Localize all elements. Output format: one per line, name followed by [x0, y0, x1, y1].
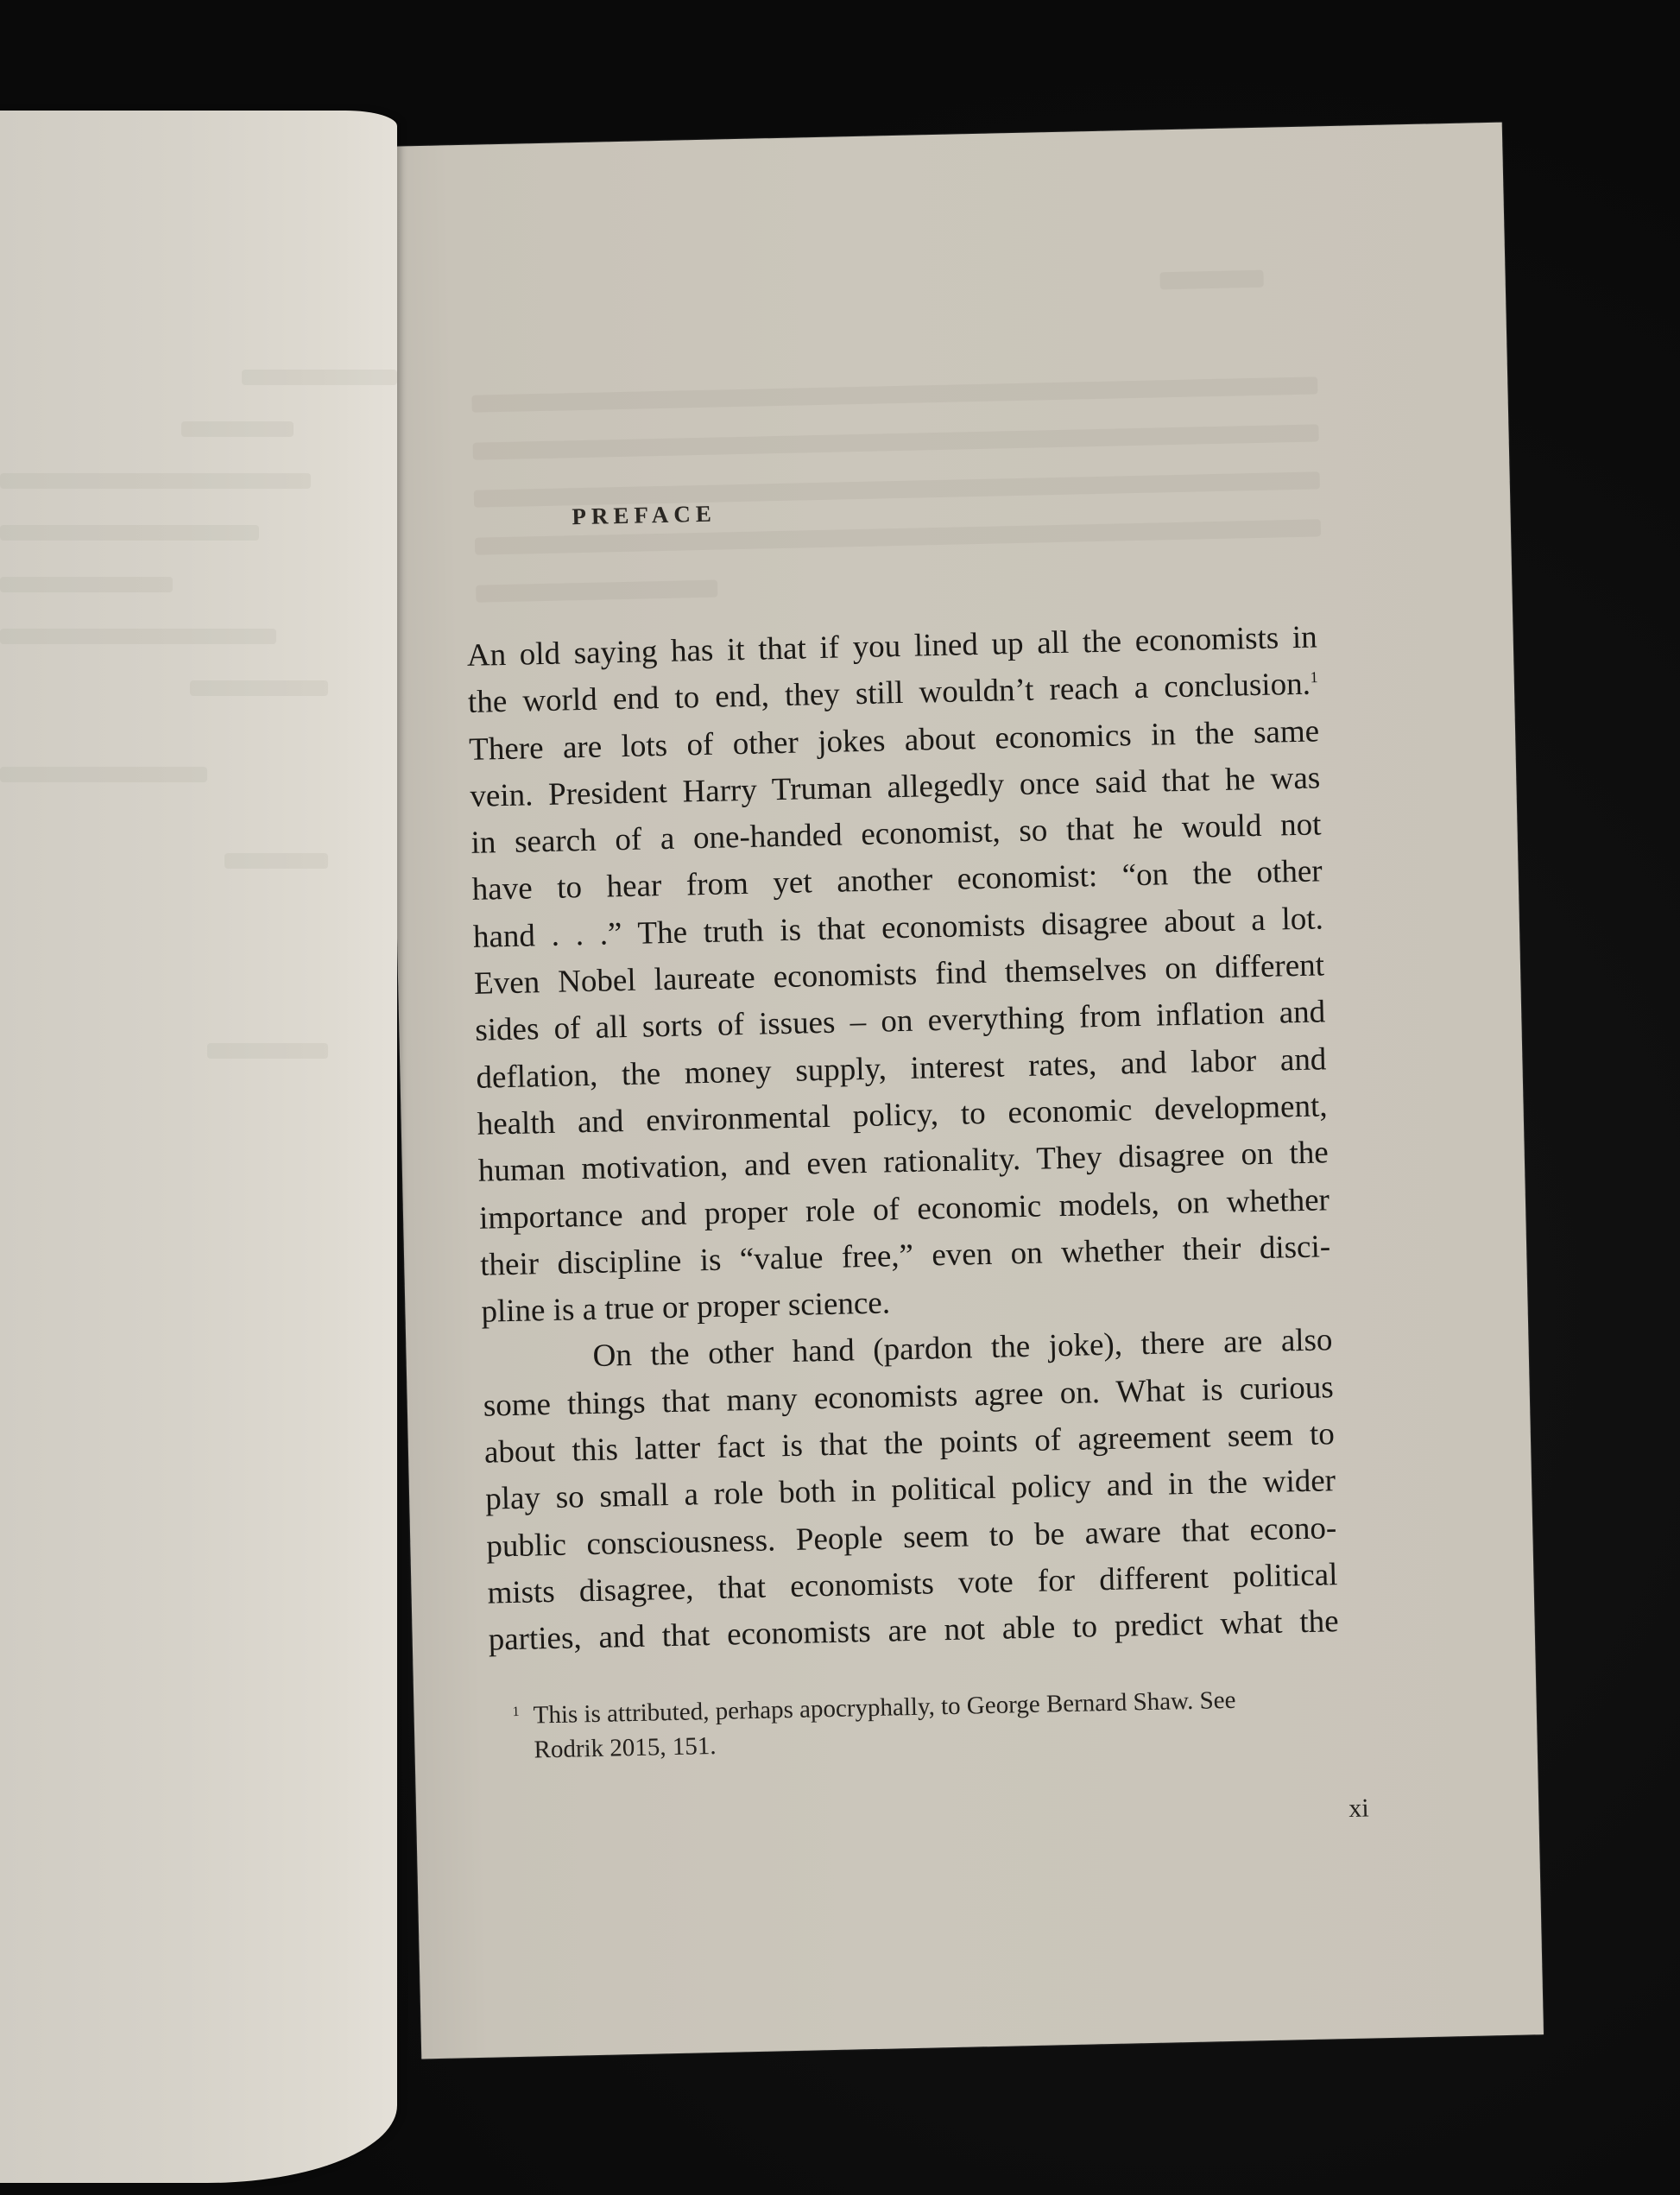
show-through-text — [0, 473, 311, 489]
show-through-text — [476, 580, 717, 603]
left-page — [0, 111, 397, 2183]
page-number: xi — [1348, 1793, 1369, 1824]
photo-scene: PREFACE An old saying has it that if you… — [0, 0, 1680, 2195]
show-through-text — [0, 577, 173, 592]
footnote-reference[interactable]: 1 — [1310, 668, 1317, 686]
footnote-marker: 1 — [512, 1695, 520, 1730]
body-text: An old saying has it that if you lined u… — [466, 614, 1339, 1664]
show-through-text — [1159, 270, 1263, 290]
show-through-text — [181, 421, 294, 437]
show-through-text — [190, 680, 328, 696]
show-through-text — [242, 370, 397, 385]
show-through-text — [224, 853, 328, 869]
show-through-text — [0, 629, 276, 644]
running-head: PREFACE — [572, 501, 717, 531]
show-through-text — [0, 525, 259, 541]
show-through-text — [473, 424, 1319, 459]
right-page: PREFACE An old saying has it that if you… — [380, 123, 1544, 2059]
footnote: 1 This is attributed, perhaps apocryphal… — [533, 1680, 1363, 1768]
show-through-text — [207, 1043, 328, 1059]
show-through-text — [0, 767, 207, 782]
show-through-text — [471, 376, 1317, 412]
